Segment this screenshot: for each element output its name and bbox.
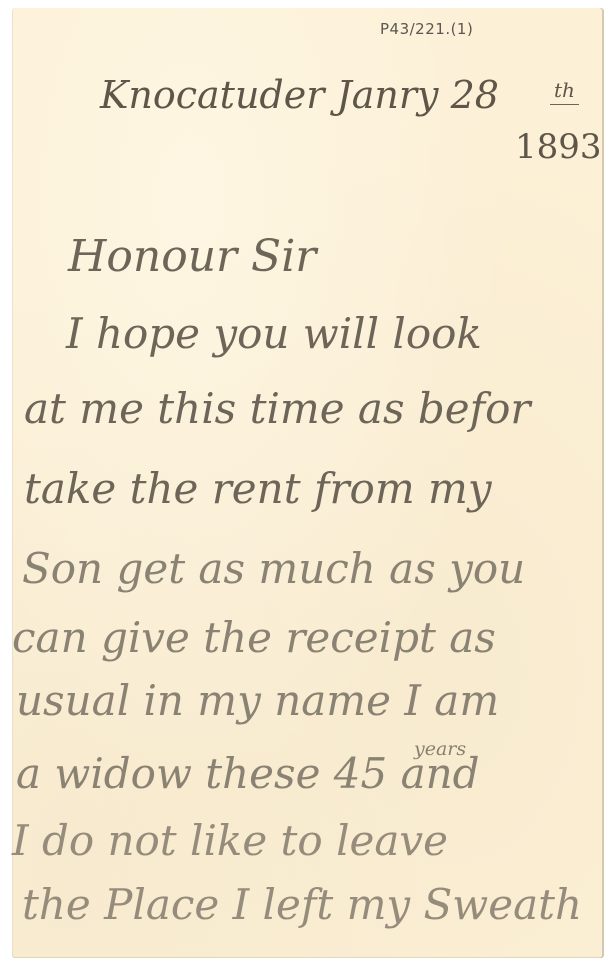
letter-date: Janry 28 bbox=[337, 73, 499, 117]
archive-reference-number: P43/221.(1) bbox=[380, 20, 473, 38]
letter-line: take the rent from my bbox=[24, 468, 492, 510]
letter-line: the Place I left my Sweath bbox=[22, 884, 582, 926]
letter-place: Knocatuder bbox=[100, 73, 324, 117]
letter-place-and-date: Knocatuder Janry 28 bbox=[100, 76, 499, 114]
letter-salutation: Honour Sir bbox=[68, 235, 316, 279]
letter-line: Son get as much as you bbox=[22, 548, 525, 590]
letter-line: a widow these 45 and bbox=[16, 753, 480, 795]
letter-line: at me this time as befor bbox=[24, 388, 531, 430]
letter-line: usual in my name I am bbox=[16, 680, 499, 722]
letter-line: I do not like to leave bbox=[12, 820, 448, 862]
letter-year: 1893 bbox=[515, 130, 602, 164]
date-ordinal-suffix: th bbox=[550, 78, 579, 105]
letter-line: I hope you will look bbox=[66, 313, 482, 355]
letter-line: can give the receipt as bbox=[12, 617, 496, 659]
